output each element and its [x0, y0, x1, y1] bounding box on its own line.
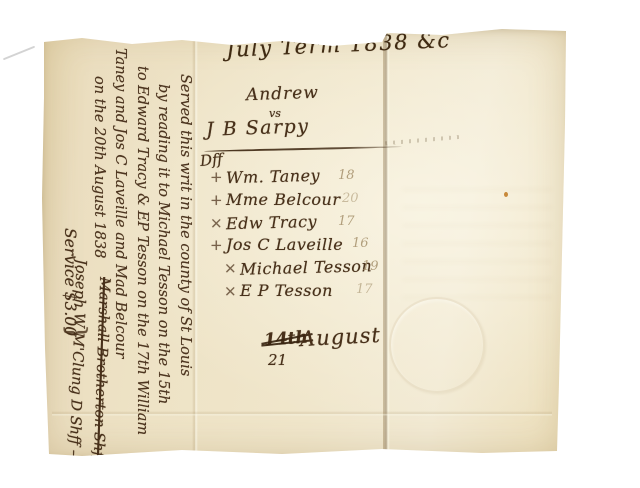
underline-rule — [204, 146, 402, 152]
month-word: August — [299, 323, 381, 351]
witness-list: +Wm. Taney18 +Mme Belcour20 ×Edw Tracy17… — [210, 167, 450, 304]
pencil-number: 16 — [352, 236, 369, 251]
witness-name: Edw Tracy — [226, 211, 318, 232]
corrected-day: 21 — [268, 351, 287, 369]
tally-mark: + — [210, 236, 226, 254]
witness-name: E P Tesson — [240, 281, 333, 300]
witness-row: +Mme Belcour20 — [210, 190, 450, 213]
return-line: Served this writ in the county of St Lou… — [174, 42, 196, 464]
pencil-number: 17 — [338, 214, 355, 229]
witness-row: +Wm. Taney18 — [210, 167, 450, 190]
service-return-block: Served this writ in the county of St Lou… — [43, 42, 195, 464]
scanner-artifact-line — [3, 46, 35, 61]
fee-brace: } — [61, 324, 91, 341]
rust-speck — [504, 192, 508, 197]
return-line: Taney and Jos C Laveille and Mad Belcour — [109, 42, 131, 464]
defendant-name: J B Sarpy — [206, 115, 310, 141]
pencil-number: 18 — [338, 168, 355, 183]
pencil-number: 17 — [356, 282, 373, 297]
tally-mark: × — [224, 282, 240, 300]
witness-name: Mme Belcour — [226, 190, 341, 209]
tally-mark: × — [210, 214, 226, 232]
scanned-court-document: July Term 1838 &c Andrew vs J B Sarpy Df… — [0, 0, 640, 488]
tally-mark: + — [210, 191, 226, 209]
witness-name: Wm. Taney — [226, 166, 321, 187]
term-line: July Term 1838 &c — [226, 28, 452, 62]
tally-mark: × — [224, 259, 240, 277]
paper-sheet: July Term 1838 &c Andrew vs J B Sarpy Df… — [42, 28, 570, 456]
return-line: on the 20th August 1838 — [88, 42, 110, 258]
witness-name: Jos C Laveille — [226, 235, 343, 254]
ink-bleed-through — [385, 135, 463, 146]
service-fee: Service $3.00 — [61, 228, 79, 336]
pencil-number: 19 — [362, 259, 379, 274]
return-line: to Edward Tracy & EP Tesson on the 17th … — [131, 42, 153, 464]
plaintiff-name: Andrew — [246, 83, 320, 106]
tally-mark: + — [210, 168, 226, 186]
embossed-seal — [389, 297, 485, 393]
witness-row: ×Michael Tesson19 — [210, 258, 450, 281]
witness-row: +Jos C Laveille16 — [210, 235, 450, 258]
witness-row: ×Edw Tracy17 — [210, 213, 450, 236]
witness-row: ×E P Tesson17 — [210, 281, 450, 304]
pencil-number: 20 — [342, 191, 359, 206]
witness-name: Michael Tesson — [240, 256, 373, 278]
return-line: by reading it to Michael Tesson on the 1… — [152, 42, 174, 464]
